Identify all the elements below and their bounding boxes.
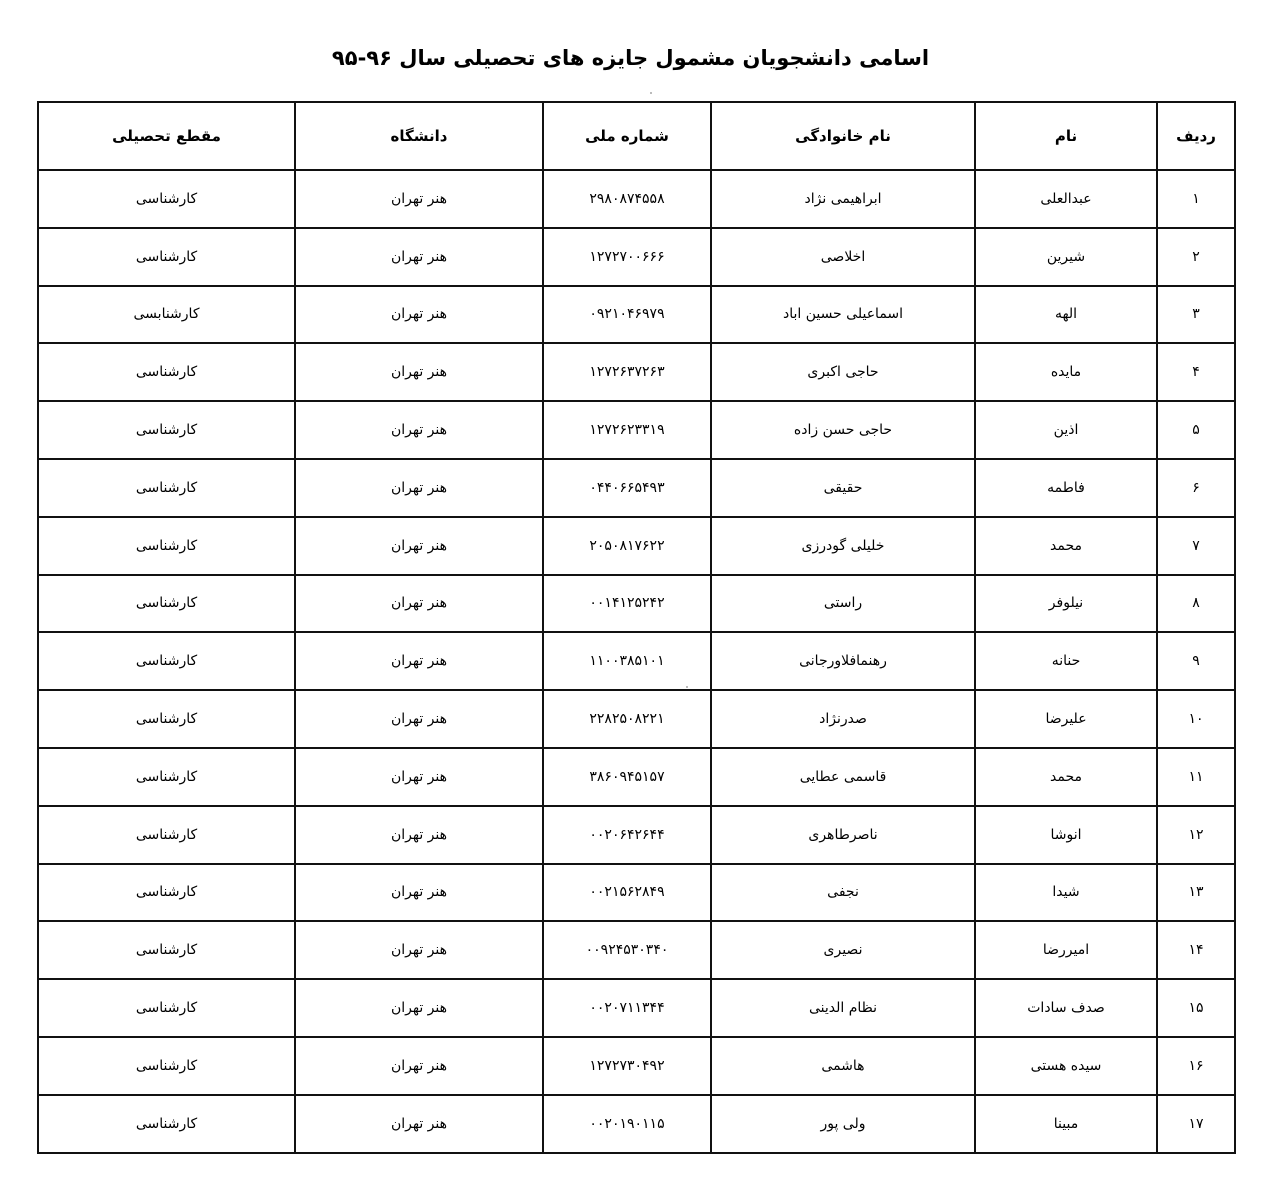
table-row: ۱۳شیدانجفی۰۰۲۱۵۶۲۸۴۹هنر تهرانکارشناسی — [38, 864, 1235, 922]
cell-row-number: ۱۶ — [1157, 1037, 1235, 1095]
cell-university: هنر تهران — [295, 690, 543, 748]
table-row: ۱۷مبیناولی پور۰۰۲۰۱۹۰۱۱۵هنر تهرانکارشناس… — [38, 1095, 1235, 1153]
cell-first-name: صدف سادات — [975, 979, 1157, 1037]
cell-row-number: ۱ — [1157, 170, 1235, 228]
cell-degree: کارشناسی — [38, 979, 295, 1037]
table-row: ۱عبدالعلیابراهیمی نژاد۲۹۸۰۸۷۴۵۵۸هنر تهرا… — [38, 170, 1235, 228]
cell-last-name: خلیلی گودرزی — [711, 517, 975, 575]
cell-national-id: ۰۰۲۰۷۱۱۳۴۴ — [543, 979, 711, 1037]
cell-national-id: ۲۰۵۰۸۱۷۶۲۲ — [543, 517, 711, 575]
cell-university: هنر تهران — [295, 286, 543, 344]
cell-university: هنر تهران — [295, 921, 543, 979]
cell-national-id: ۱۲۷۲۶۳۷۲۶۳ — [543, 343, 711, 401]
header-degree: مقطع تحصیلی — [38, 102, 295, 170]
cell-row-number: ۱۵ — [1157, 979, 1235, 1037]
header-last-name: نام خانوادگی — [711, 102, 975, 170]
cell-university: هنر تهران — [295, 1037, 543, 1095]
cell-university: هنر تهران — [295, 170, 543, 228]
cell-national-id: ۰۹۲۱۰۴۶۹۷۹ — [543, 286, 711, 344]
cell-national-id: ۰۰۲۱۵۶۲۸۴۹ — [543, 864, 711, 922]
table-row: ۸نیلوفرراستی۰۰۱۴۱۲۵۲۴۲هنر تهرانکارشناسی — [38, 575, 1235, 633]
cell-degree: کارشناسی — [38, 690, 295, 748]
cell-university: هنر تهران — [295, 459, 543, 517]
cell-row-number: ۱۰ — [1157, 690, 1235, 748]
cell-first-name: حنانه — [975, 632, 1157, 690]
cell-first-name: محمد — [975, 748, 1157, 806]
cell-degree: کارشناسی — [38, 864, 295, 922]
cell-row-number: ۱۴ — [1157, 921, 1235, 979]
cell-degree: کارشناسی — [38, 806, 295, 864]
table-header-row: ردیف نام نام خانوادگی شماره ملی دانشگاه … — [38, 102, 1235, 170]
cell-national-id: ۰۰۲۰۱۹۰۱۱۵ — [543, 1095, 711, 1153]
cell-first-name: امیررضا — [975, 921, 1157, 979]
cell-first-name: فاطمه — [975, 459, 1157, 517]
cell-national-id: ۰۰۱۴۱۲۵۲۴۲ — [543, 575, 711, 633]
cell-row-number: ۵ — [1157, 401, 1235, 459]
cell-last-name: راستی — [711, 575, 975, 633]
cell-university: هنر تهران — [295, 806, 543, 864]
cell-last-name: اسماعیلی حسین اباد — [711, 286, 975, 344]
cell-first-name: اذین — [975, 401, 1157, 459]
cell-degree: کارشنابسی — [38, 286, 295, 344]
cell-first-name: شیرین — [975, 228, 1157, 286]
table-row: ۱۰علیرضاصدرنژاد۲۲۸۲۵۰۸۲۲۱هنر تهرانکارشنا… — [38, 690, 1235, 748]
table-row: ۳الههاسماعیلی حسین اباد۰۹۲۱۰۴۶۹۷۹هنر تهر… — [38, 286, 1235, 344]
cell-last-name: هاشمی — [711, 1037, 975, 1095]
table-row: ۶فاطمهحقیقی۰۴۴۰۶۶۵۴۹۳هنر تهرانکارشناسی — [38, 459, 1235, 517]
cell-national-id: ۲۲۸۲۵۰۸۲۲۱ — [543, 690, 711, 748]
cell-first-name: علیرضا — [975, 690, 1157, 748]
cell-first-name: الهه — [975, 286, 1157, 344]
header-university: دانشگاه — [295, 102, 543, 170]
cell-last-name: نجفی — [711, 864, 975, 922]
cell-row-number: ۸ — [1157, 575, 1235, 633]
table-body: ۱عبدالعلیابراهیمی نژاد۲۹۸۰۸۷۴۵۵۸هنر تهرا… — [38, 170, 1235, 1153]
cell-first-name: شیدا — [975, 864, 1157, 922]
page-title: اسامی دانشجویان مشمول جایزه های تحصیلی س… — [0, 42, 1261, 74]
cell-first-name: مایده — [975, 343, 1157, 401]
cell-last-name: صدرنژاد — [711, 690, 975, 748]
cell-degree: کارشناسی — [38, 1095, 295, 1153]
cell-national-id: ۱۲۷۲۶۲۳۳۱۹ — [543, 401, 711, 459]
cell-first-name: محمد — [975, 517, 1157, 575]
cell-national-id: ۰۰۹۲۴۵۳۰۳۴۰ — [543, 921, 711, 979]
table-row: ۱۲انوشاناصرطاهری۰۰۲۰۶۴۲۶۴۴هنر تهرانکارشن… — [38, 806, 1235, 864]
cell-degree: کارشناسی — [38, 575, 295, 633]
cell-degree: کارشناسی — [38, 228, 295, 286]
table-row: ۷محمدخلیلی گودرزی۲۰۵۰۸۱۷۶۲۲هنر تهرانکارش… — [38, 517, 1235, 575]
scan-artifact — [686, 686, 688, 688]
cell-national-id: ۱۲۷۲۷۳۰۴۹۲ — [543, 1037, 711, 1095]
cell-university: هنر تهران — [295, 1095, 543, 1153]
cell-row-number: ۲ — [1157, 228, 1235, 286]
cell-university: هنر تهران — [295, 228, 543, 286]
cell-national-id: ۱۲۷۲۷۰۰۶۶۶ — [543, 228, 711, 286]
cell-row-number: ۳ — [1157, 286, 1235, 344]
cell-first-name: عبدالعلی — [975, 170, 1157, 228]
cell-last-name: ابراهیمی نژاد — [711, 170, 975, 228]
cell-row-number: ۴ — [1157, 343, 1235, 401]
table-row: ۵اذینحاجی حسن زاده۱۲۷۲۶۲۳۳۱۹هنر تهرانکار… — [38, 401, 1235, 459]
students-award-table: ردیف نام نام خانوادگی شماره ملی دانشگاه … — [37, 101, 1236, 1154]
table-row: ۱۵صدف ساداتنظام الدینی۰۰۲۰۷۱۱۳۴۴هنر تهرا… — [38, 979, 1235, 1037]
cell-row-number: ۱۳ — [1157, 864, 1235, 922]
cell-degree: کارشناسی — [38, 1037, 295, 1095]
table-row: ۹حنانهرهنمافلاورجانی۱۱۰۰۳۸۵۱۰۱هنر تهرانک… — [38, 632, 1235, 690]
cell-national-id: ۲۹۸۰۸۷۴۵۵۸ — [543, 170, 711, 228]
cell-national-id: ۰۰۲۰۶۴۲۶۴۴ — [543, 806, 711, 864]
cell-university: هنر تهران — [295, 864, 543, 922]
header-row-number: ردیف — [1157, 102, 1235, 170]
cell-degree: کارشناسی — [38, 170, 295, 228]
cell-first-name: انوشا — [975, 806, 1157, 864]
cell-university: هنر تهران — [295, 343, 543, 401]
cell-last-name: قاسمی عطایی — [711, 748, 975, 806]
cell-national-id: ۳۸۶۰۹۴۵۱۵۷ — [543, 748, 711, 806]
table-row: ۱۱محمدقاسمی عطایی۳۸۶۰۹۴۵۱۵۷هنر تهرانکارش… — [38, 748, 1235, 806]
cell-first-name: نیلوفر — [975, 575, 1157, 633]
cell-row-number: ۹ — [1157, 632, 1235, 690]
cell-university: هنر تهران — [295, 401, 543, 459]
cell-row-number: ۷ — [1157, 517, 1235, 575]
cell-degree: کارشناسی — [38, 459, 295, 517]
cell-last-name: ولی پور — [711, 1095, 975, 1153]
cell-last-name: نصیری — [711, 921, 975, 979]
cell-last-name: اخلاصی — [711, 228, 975, 286]
cell-row-number: ۱۲ — [1157, 806, 1235, 864]
cell-university: هنر تهران — [295, 748, 543, 806]
cell-degree: کارشناسی — [38, 632, 295, 690]
cell-degree: کارشناسی — [38, 401, 295, 459]
table-row: ۴مایدهحاجی اکبری۱۲۷۲۶۳۷۲۶۳هنر تهرانکارشن… — [38, 343, 1235, 401]
cell-first-name: مبینا — [975, 1095, 1157, 1153]
table-row: ۲شیریناخلاصی۱۲۷۲۷۰۰۶۶۶هنر تهرانکارشناسی — [38, 228, 1235, 286]
cell-last-name: حاجی حسن زاده — [711, 401, 975, 459]
cell-row-number: ۱۷ — [1157, 1095, 1235, 1153]
cell-row-number: ۱۱ — [1157, 748, 1235, 806]
table-row: ۱۶سیده هستیهاشمی۱۲۷۲۷۳۰۴۹۲هنر تهرانکارشن… — [38, 1037, 1235, 1095]
cell-university: هنر تهران — [295, 632, 543, 690]
cell-last-name: ناصرطاهری — [711, 806, 975, 864]
table-row: ۱۴امیررضانصیری۰۰۹۲۴۵۳۰۳۴۰هنر تهرانکارشنا… — [38, 921, 1235, 979]
cell-university: هنر تهران — [295, 517, 543, 575]
cell-degree: کارشناسی — [38, 921, 295, 979]
cell-first-name: سیده هستی — [975, 1037, 1157, 1095]
cell-row-number: ۶ — [1157, 459, 1235, 517]
scan-artifact — [650, 92, 652, 94]
cell-last-name: حقیقی — [711, 459, 975, 517]
cell-degree: کارشناسی — [38, 748, 295, 806]
cell-national-id: ۰۴۴۰۶۶۵۴۹۳ — [543, 459, 711, 517]
cell-national-id: ۱۱۰۰۳۸۵۱۰۱ — [543, 632, 711, 690]
cell-university: هنر تهران — [295, 575, 543, 633]
cell-last-name: رهنمافلاورجانی — [711, 632, 975, 690]
cell-degree: کارشناسی — [38, 517, 295, 575]
cell-degree: کارشناسی — [38, 343, 295, 401]
header-national-id: شماره ملی — [543, 102, 711, 170]
cell-last-name: نظام الدینی — [711, 979, 975, 1037]
header-first-name: نام — [975, 102, 1157, 170]
cell-last-name: حاجی اکبری — [711, 343, 975, 401]
cell-university: هنر تهران — [295, 979, 543, 1037]
